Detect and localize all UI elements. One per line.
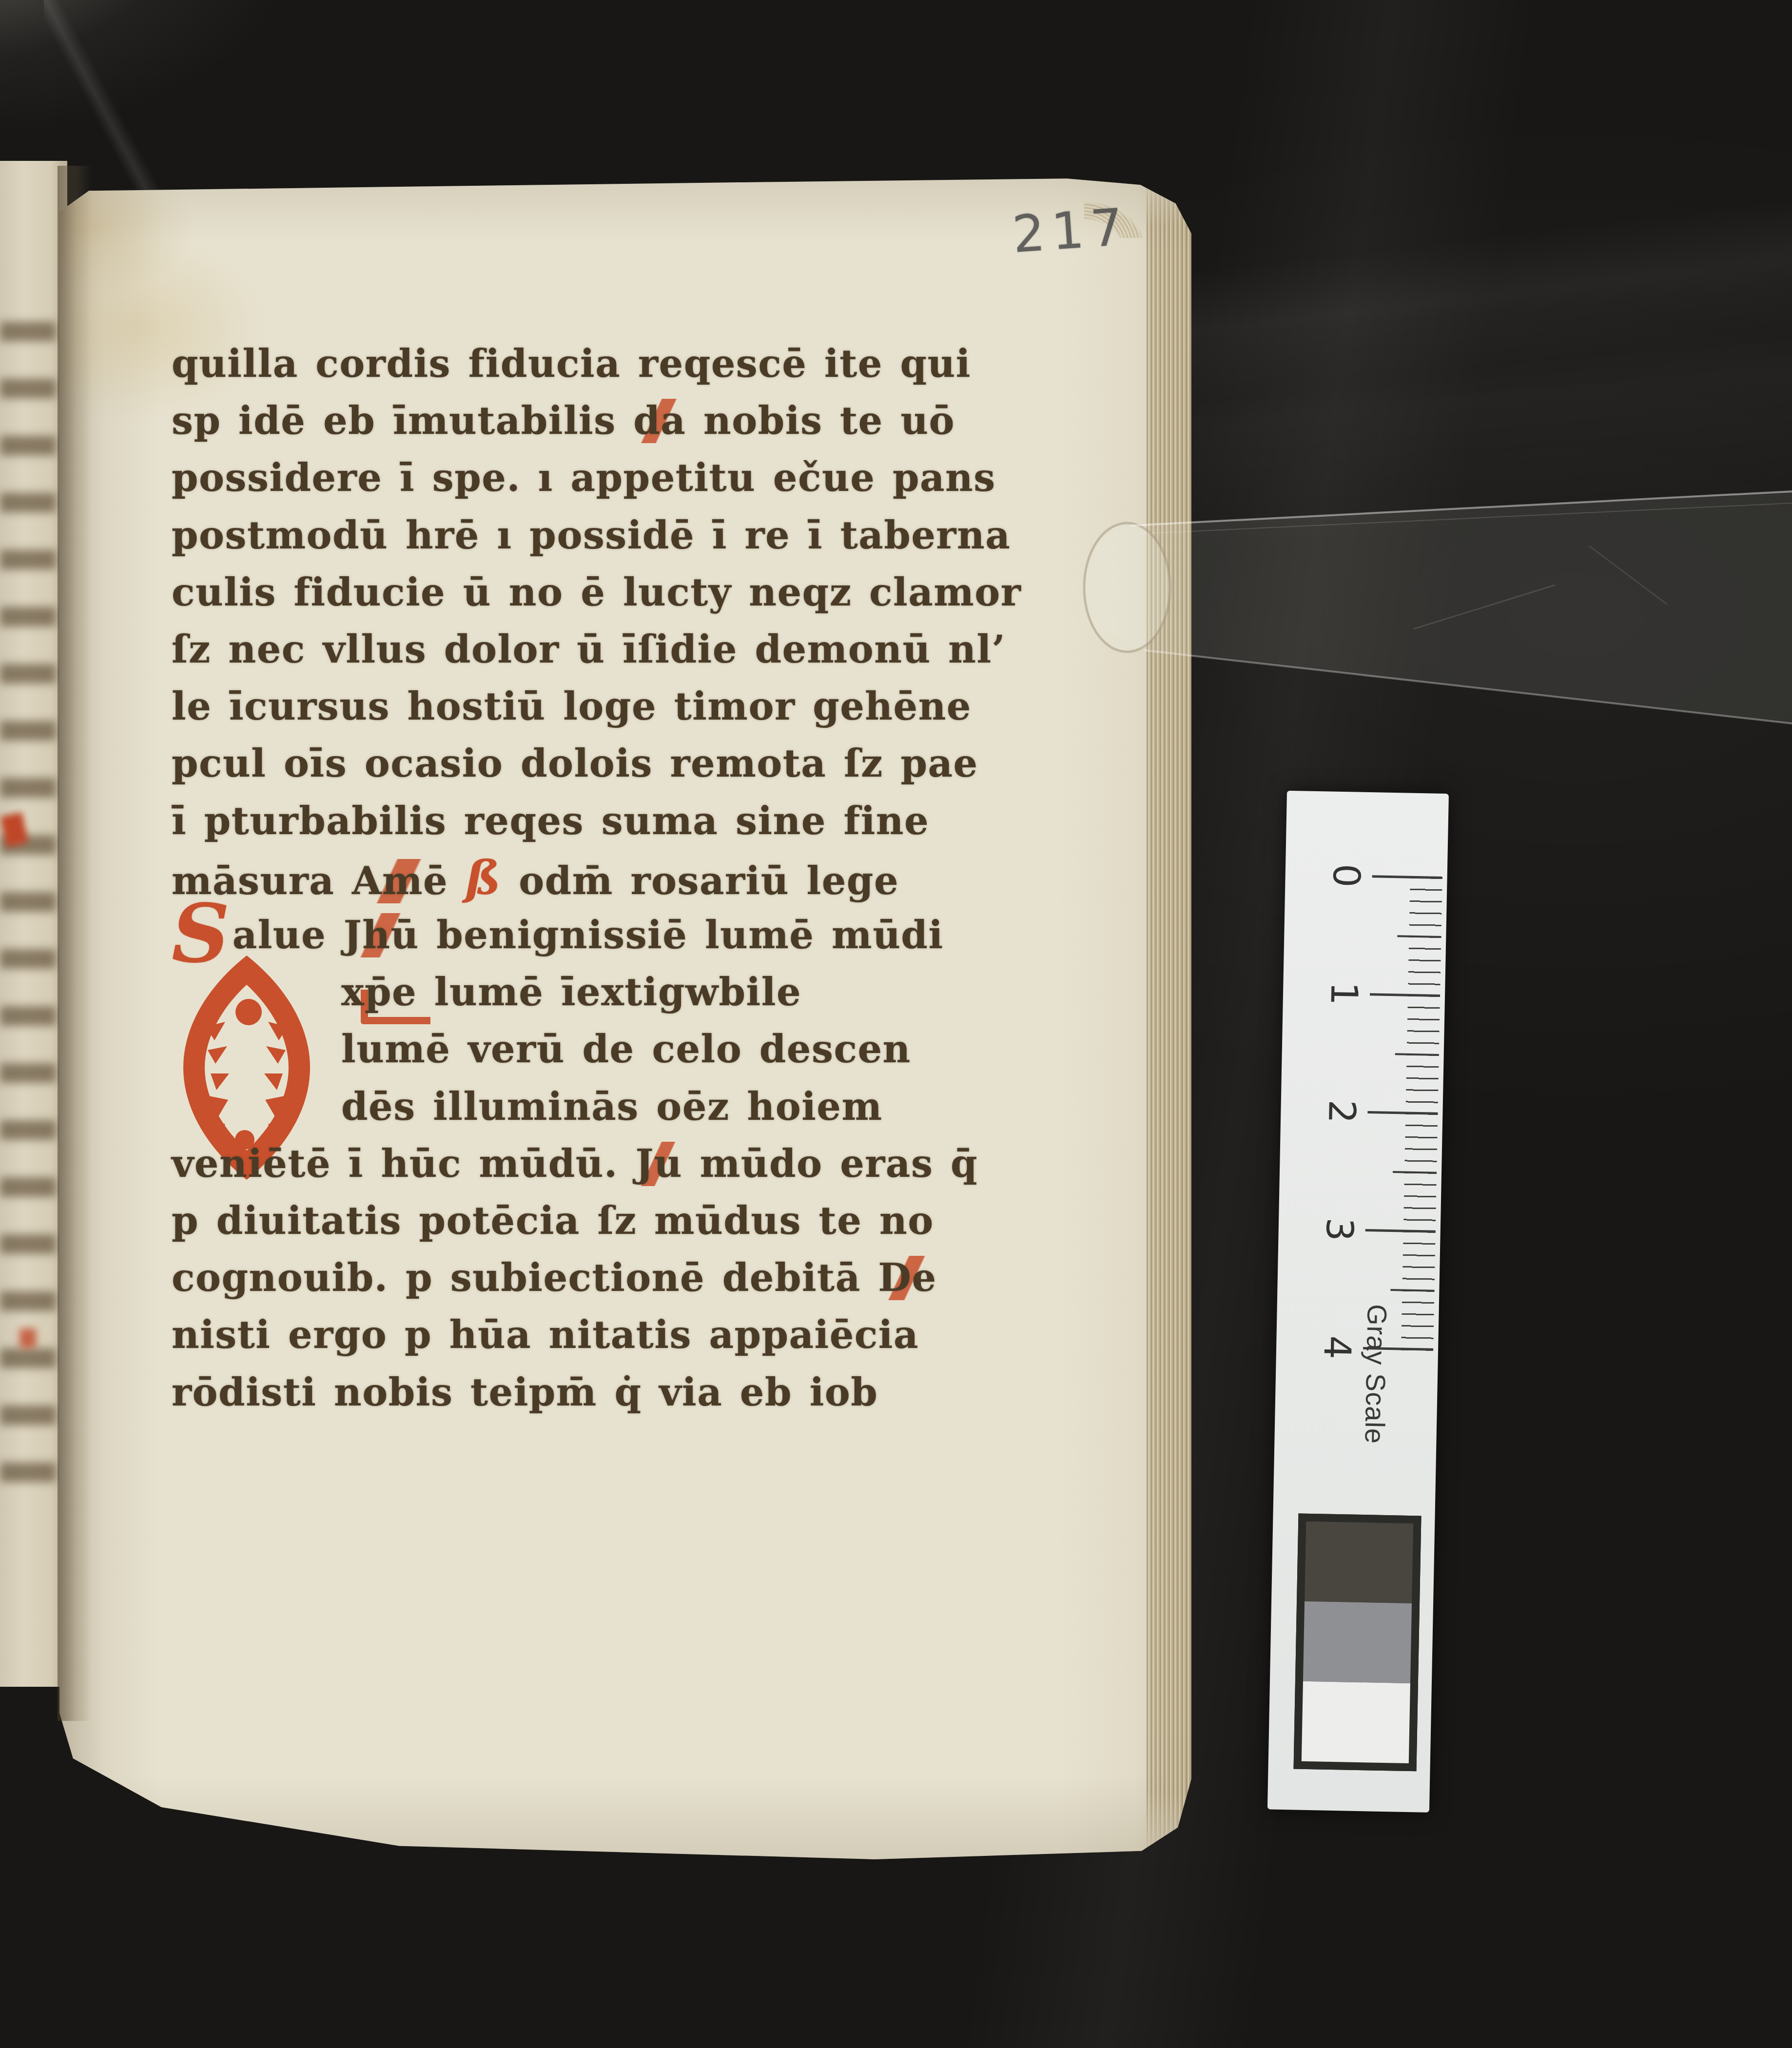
line-segment: sp idē eb īmutabilis (172, 399, 633, 443)
line-segment: mūdo eras q̄ (682, 1142, 978, 1186)
line-segment: p diuitatis potēcia ſz mūdus te no (172, 1199, 934, 1243)
line-segments: dēs illuminās oēz hoiem (341, 1085, 882, 1129)
manuscript-line: rōdisti nobis teipm̄ q̇ via eb iob (172, 1364, 878, 1421)
manuscript-line: lumē verū de celo descen (341, 1021, 911, 1078)
line-segment: veniētē ī hūc mūdū. (172, 1142, 635, 1186)
gray-scale-swatches (1294, 1514, 1422, 1772)
folio-number-pencil: 217 (1011, 197, 1131, 264)
line-segments: māsura Amē ß odm̄ rosariū lege (172, 859, 899, 903)
line-segments: pcul oīs ocasio dolois remota ſz pae (172, 741, 978, 786)
line-segment: pcul oīs ocasio dolois remota ſz pae (172, 741, 978, 786)
facing-page-text-blur (0, 322, 56, 1502)
manuscript-line: pcul oīs ocasio dolois remota ſz pae (172, 735, 978, 792)
line-segment: Jhū (344, 913, 419, 957)
line-segment: le īcursus hostiū loge timor gehēne (172, 684, 972, 729)
manuscript-line: culis fiducie ū no ē lucty neqz clamor (172, 564, 1021, 621)
line-segment: S (172, 886, 231, 981)
line-segment: possidere ī spe. ı appetitu ečue pans (172, 456, 996, 500)
plastic-strip-scratch (1414, 585, 1555, 629)
line-segments: p diuitatis potēcia ſz mūdus te no (172, 1199, 934, 1243)
ruler-number: 0 (1326, 855, 1368, 897)
manuscript-line: le īcursus hostiū loge timor gehēne (172, 678, 972, 735)
line-segment: xp̄e lumē īextigwbile (341, 970, 801, 1014)
ruler-half-tick (1395, 1053, 1439, 1056)
line-segments: le īcursus hostiū loge timor gehēne (172, 684, 972, 729)
manuscript-line: Salue Jhū benignissiē lumē mūdi (172, 907, 944, 964)
manuscript-line: ſz nec vllus dolor ū īſidie demonū nl’ (172, 621, 1006, 678)
manuscript-line: ī pturbabilis reqes suma sine fine (172, 793, 929, 850)
line-segment: benignissiē lumē mūdi (419, 913, 944, 957)
ruler-half-tick (1393, 1171, 1437, 1174)
line-segment: nisti ergo p hūa nitatis appaiēcia (172, 1313, 919, 1357)
manuscript-line: nisti ergo p hūa nitatis appaiēcia (172, 1307, 919, 1364)
line-segments: Salue Jhū benignissiē lumē mūdi (172, 913, 944, 957)
manuscript-line: veniētē ī hūc mūdū. Ju mūdo eras q̄ (172, 1135, 978, 1192)
ruler-half-tick (1397, 935, 1441, 938)
page-fore-edge-stack (1147, 176, 1191, 1859)
manuscript-line: p diuitatis potēcia ſz mūdus te no (172, 1192, 934, 1249)
line-segment: ī pturbabilis reqes suma sine fine (172, 799, 929, 843)
manuscript-line: dēs illuminās oēz hoiem (341, 1078, 882, 1135)
line-segment: ſz nec vllus dolor ū īſidie demonū nl’ (172, 627, 1006, 672)
plastic-strip-scratch (1589, 546, 1667, 605)
line-segments: nisti ergo p hūa nitatis appaiēcia (172, 1313, 919, 1357)
line-segment (448, 859, 466, 903)
cloth-fold-highlight (1189, 146, 1792, 488)
line-segments: sp idē eb īmutabilis da nobis te uō (172, 399, 955, 443)
manuscript-line: postmodū hrē ı possidē ī re ī taberna (172, 507, 1011, 564)
ruler-number: 1 (1324, 973, 1365, 1014)
gray-swatch-mid (1303, 1601, 1412, 1683)
ruler-number: 3 (1319, 1209, 1361, 1250)
gray-swatch-dark (1305, 1521, 1413, 1603)
gray-swatch-white (1302, 1681, 1410, 1763)
line-segment: alue (233, 913, 344, 957)
line-segments: possidere ī spe. ı appetitu ečue pans (172, 456, 996, 500)
line-segments: postmodū hrē ı possidē ī re ī taberna (172, 513, 1011, 558)
line-segment: quilla cordis fiducia reqescē ite qui (172, 342, 971, 386)
ruler-half-tick (1390, 1289, 1434, 1292)
line-segment: rōdisti nobis teipm̄ q̇ via eb iob (172, 1370, 878, 1415)
facing-page-rubric-blur (19, 1328, 36, 1348)
line-segment: postmodū hrē ı possidē ī re ī taberna (172, 513, 1011, 558)
manuscript-line: māsura Amē ß odm̄ rosariū lege (172, 850, 899, 910)
ruler-number: 4 (1317, 1326, 1359, 1368)
line-segments: ī pturbabilis reqes suma sine fine (172, 799, 929, 843)
line-segment: lumē verū de celo descen (341, 1027, 911, 1072)
line-segments: xp̄e lumē īextigwbile (341, 970, 801, 1014)
manuscript-line: sp idē eb īmutabilis da nobis te uō (172, 392, 955, 449)
line-segment: culis fiducie ū no ē lucty neqz clamor (172, 570, 1021, 615)
ruler-card: 01234 Gray Scale (1267, 791, 1449, 1813)
line-segments: cognouib. p subiectionē debitā De (172, 1256, 937, 1300)
line-segments: rōdisti nobis teipm̄ q̇ via eb iob (172, 1370, 878, 1415)
text-block: quilla cordis fiducia reqescē ite qui sp… (172, 176, 1025, 1859)
line-segment: cognouib. p subiectionē debitā (172, 1256, 878, 1300)
ruler-number: 2 (1322, 1091, 1363, 1132)
line-segments: culis fiducie ū no ē lucty neqz clamor (172, 570, 1021, 615)
manuscript-line: xp̄e lumē īextigwbile (341, 964, 801, 1021)
digitization-photo: 217 quilla cordis fiducia reqescē ite qu… (0, 0, 1792, 2048)
line-segment: nobis te uō (686, 399, 955, 443)
line-segment: odm̄ rosariū lege (502, 859, 899, 903)
line-segments: quilla cordis fiducia reqescē ite qui (172, 342, 971, 386)
manuscript-page: 217 quilla cordis fiducia reqescē ite qu… (59, 176, 1191, 1859)
line-segments: lumē verū de celo descen (341, 1027, 911, 1072)
gutter-shadow (58, 166, 92, 1721)
manuscript-line: cognouib. p subiectionē debitā De (172, 1249, 937, 1307)
line-segments: ſz nec vllus dolor ū īſidie demonū nl’ (172, 627, 1006, 672)
line-segment: dēs illuminās oēz hoiem (341, 1085, 882, 1129)
manuscript-line: quilla cordis fiducia reqescē ite qui (172, 335, 971, 392)
line-segment: Amē (352, 859, 448, 903)
line-segment: De (878, 1256, 936, 1300)
manuscript-line: possidere ī spe. ı appetitu ečue pans (172, 449, 996, 507)
line-segment: Ju (635, 1142, 682, 1186)
line-segments: veniētē ī hūc mūdū. Ju mūdo eras q̄ (172, 1142, 978, 1186)
ruler-numbers: 01234 (1287, 791, 1449, 794)
gray-scale-label: Gray Scale (1359, 1301, 1393, 1447)
line-segment: ß (466, 851, 502, 905)
line-segment: da (633, 399, 686, 443)
ruler-cm-tick (1372, 875, 1442, 879)
